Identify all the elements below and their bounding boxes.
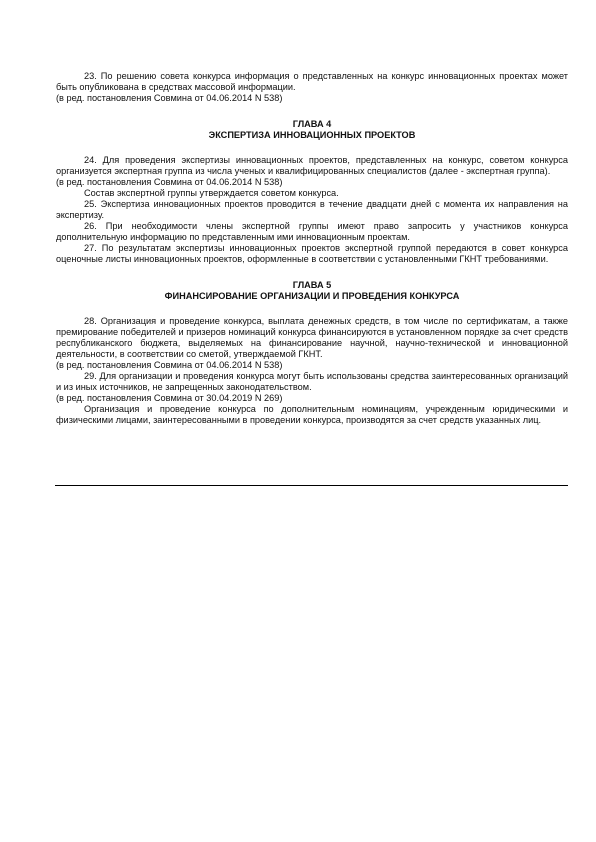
paragraph-27: 27. По результатам экспертизы инновацион… <box>56 243 568 265</box>
chapter-5-number: ГЛАВА 5 <box>56 280 568 291</box>
paragraph-28: 28. Организация и проведение конкурса, в… <box>56 316 568 360</box>
document-page: 23. По решению совета конкурса информаци… <box>56 71 568 426</box>
chapter-4-number: ГЛАВА 4 <box>56 119 568 130</box>
footer-divider-line <box>55 485 568 486</box>
chapter-5-heading: ГЛАВА 5 ФИНАНСИРОВАНИЕ ОРГАНИЗАЦИИ И ПРО… <box>56 280 568 302</box>
paragraph-23: 23. По решению совета конкурса информаци… <box>56 71 568 93</box>
paragraph-25: 25. Экспертиза инновационных проектов пр… <box>56 199 568 221</box>
paragraph-24: 24. Для проведения экспертизы инновацион… <box>56 155 568 177</box>
amendment-note-29: (в ред. постановления Совмина от 30.04.2… <box>56 393 568 404</box>
paragraph-26: 26. При необходимости члены экспертной г… <box>56 221 568 243</box>
chapter-4-title: ЭКСПЕРТИЗА ИННОВАЦИОННЫХ ПРОЕКТОВ <box>56 130 568 141</box>
paragraph-24-composition: Состав экспертной группы утверждается со… <box>56 188 568 199</box>
amendment-note-24: (в ред. постановления Совмина от 04.06.2… <box>56 177 568 188</box>
chapter-5-title: ФИНАНСИРОВАНИЕ ОРГАНИЗАЦИИ И ПРОВЕДЕНИЯ … <box>56 291 568 302</box>
chapter-4-heading: ГЛАВА 4 ЭКСПЕРТИЗА ИННОВАЦИОННЫХ ПРОЕКТО… <box>56 119 568 141</box>
amendment-note-28: (в ред. постановления Совмина от 04.06.2… <box>56 360 568 371</box>
amendment-note-23: (в ред. постановления Совмина от 04.06.2… <box>56 93 568 104</box>
paragraph-29: 29. Для организации и проведения конкурс… <box>56 371 568 393</box>
paragraph-29-additional-nominations: Организация и проведение конкурса по доп… <box>56 404 568 426</box>
